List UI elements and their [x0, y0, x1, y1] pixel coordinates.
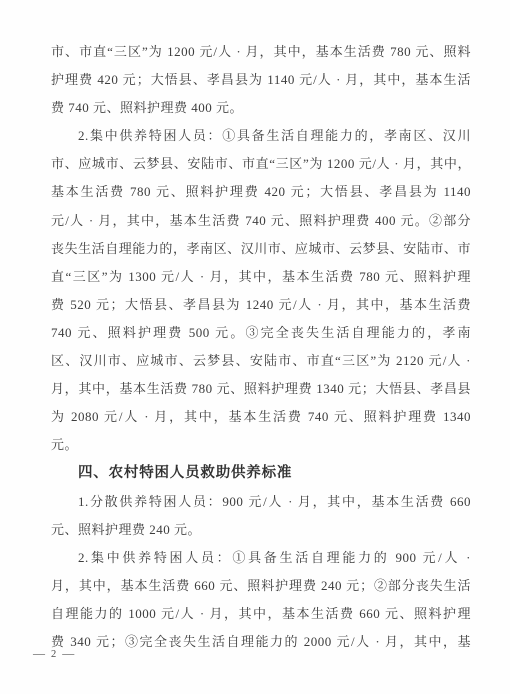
text-line: 月，其中，基本生活费 660 元、照料护理费 240 元；②部分丧失生活: [51, 572, 471, 600]
text-line: 月，其中，基本生活费 780 元、照料护理费 1340 元；大悟县、孝昌县: [51, 375, 471, 403]
text-line: 元。: [51, 431, 471, 459]
text-line: 费 740 元、照料护理费 400 元。: [51, 94, 471, 122]
page-number-dash-left: —: [33, 646, 46, 660]
text-line: 自理能力的 1000 元/人 · 月，其中，基本生活费 660 元、照料护理: [51, 600, 471, 628]
text-line: 1.分散供养特困人员：900 元/人 · 月，其中，基本生活费 660: [51, 488, 471, 516]
page-number: —2—: [33, 646, 75, 661]
text-line: 直“三区”为 1300 元/人 · 月，其中，基本生活费 780 元、照料护理: [51, 263, 471, 291]
text-line: 2.集中供养特困人员：①具备生活自理能力的 900 元/人 ·: [51, 544, 471, 572]
text-line: 市、应城市、云梦县、安陆市、市直“三区”为 1200 元/人 · 月，其中，: [51, 150, 471, 178]
text-line: 740 元、照料护理费 500 元。③完全丧失生活自理能力的，孝南: [51, 319, 471, 347]
page-number-value: 2: [46, 649, 62, 660]
text-line: 元、照料护理费 240 元。: [51, 516, 471, 544]
text-line: 为 2080 元/人 · 月，其中，基本生活费 740 元、照料护理费 1340: [51, 403, 471, 431]
document-page: 市、市直“三区”为 1200 元/人 · 月，其中，基本生活费 780 元、照料…: [0, 0, 510, 694]
text-line: 基本生活费 780 元、照料护理费 420 元；大悟县、孝昌县为 1140: [51, 178, 471, 206]
text-line: 护理费 420 元；大悟县、孝昌县为 1140 元/人 · 月，其中，基本生活: [51, 66, 471, 94]
text-line: 费 340 元；③完全丧失生活自理能力的 2000 元/人 · 月，其中，基: [51, 628, 471, 656]
text-line: 2.集中供养特困人员：①具备生活自理能力的，孝南区、汉川: [51, 122, 471, 150]
text-line: 区、汉川市、应城市、云梦县、安陆市、市直“三区”为 2120 元/人 ·: [51, 347, 471, 375]
page-number-dash-right: —: [62, 646, 75, 660]
text-line: 市、市直“三区”为 1200 元/人 · 月，其中，基本生活费 780 元、照料: [51, 38, 471, 66]
text-line: 元/人 · 月，其中，基本生活费 740 元、照料护理费 400 元。②部分: [51, 207, 471, 235]
text-line: 费 520 元；大悟县、孝昌县为 1240 元/人 · 月，其中，基本生活费: [51, 291, 471, 319]
text-line: 丧失生活自理能力的，孝南区、汉川市、应城市、云梦县、安陆市、市: [51, 235, 471, 263]
document-body: 市、市直“三区”为 1200 元/人 · 月，其中，基本生活费 780 元、照料…: [51, 38, 471, 656]
section-heading: 四、农村特困人员救助供养标准: [51, 459, 471, 487]
